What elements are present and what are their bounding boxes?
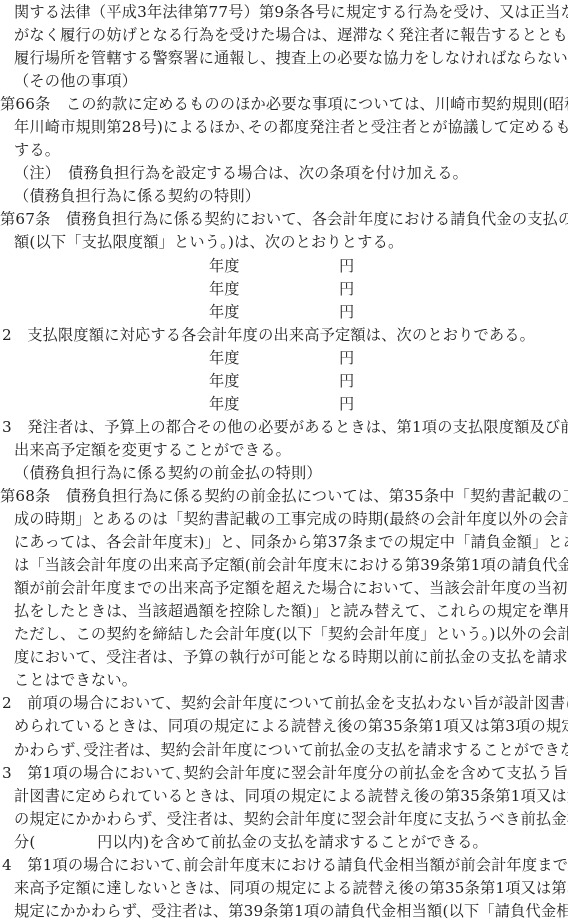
article-68: 第68条 債務負担行為に係る契約の前金払については、第35条中「契約書記載の工事…: [0, 485, 568, 508]
text-line: 払をしたときは、当該超過額を控除した額)」と読み替えて、これらの規定を準用する。: [0, 600, 568, 623]
yen-label: 円: [339, 370, 354, 393]
contract-document: 関する法律（平成3年法律第77号）第9条各号に規定する行為を受け、又は正当な理由…: [0, 0, 568, 921]
article-66: 第66条 この約款に定めるもののほか必要な事項については、川崎市契約規則(昭和3…: [0, 93, 568, 116]
yen-label: 円: [339, 393, 354, 416]
text-line: 履行場所を管轄する警察署に通報し、捜査上の必要な協力をしなければならない。: [0, 47, 568, 70]
text-line: ことはできない。: [0, 669, 568, 692]
amount-row: 年度 円: [0, 301, 568, 324]
text-line: 額が前会計年度までの出来高予定額を超えた場合において、当該会計年度の当初に内: [0, 577, 568, 600]
text-line: 成の時期」とあるのは「契約書記載の工事完成の時期(最終の会計年度以外の会計年度: [0, 508, 568, 531]
text-line: は「当該会計年度の出来高予定額(前会計年度末における第39条第1項の請負代金相当: [0, 554, 568, 577]
text-line: 度において、受注者は、予算の執行が可能となる時期以前に前払金の支払を請求する: [0, 646, 568, 669]
fiscal-year-label: 年度: [209, 347, 339, 370]
fiscal-year-label: 年度: [209, 255, 339, 278]
article-67: 第67条 債務負担行為に係る契約において、各会計年度における請負代金の支払の限度: [0, 208, 568, 231]
text-line: 年川崎市規則第28号)によるほか､その都度発注者と受注者とが協議して定めるものと: [0, 116, 568, 139]
text-line: ただし、この契約を締結した会計年度(以下「契約会計年度」という。)以外の会計年: [0, 623, 568, 646]
text-line: 関する法律（平成3年法律第77号）第9条各号に規定する行為を受け、又は正当な理由: [0, 1, 568, 24]
amount-row: 年度 円: [0, 370, 568, 393]
text-line: 規定にかかわらず、受注者は、第39条第1項の請負代金相当額(以下「請負代金相当額…: [0, 900, 568, 921]
yen-label: 円: [339, 255, 354, 278]
text-line: められているときは、同項の規定による読替え後の第35条第1項又は第3項の規定にか: [0, 715, 568, 738]
fiscal-year-label: 年度: [209, 278, 339, 301]
section-heading: （債務負担行為に係る契約の特則）: [0, 185, 568, 208]
text-line: かわらず､受注者は、契約会計年度について前払金の支払を請求することができない。: [0, 739, 568, 762]
text-line: する。: [0, 139, 568, 162]
paragraph-4: 4 第1項の場合において､前会計年度末における請負代金相当額が前会計年度までの出: [0, 854, 568, 877]
amount-row: 年度 円: [0, 255, 568, 278]
text-line: 額(以下「支払限度額」という。)は、次のとおりとする。: [0, 231, 568, 254]
yen-label: 円: [339, 347, 354, 370]
yen-label: 円: [339, 278, 354, 301]
payment-limit-table: 年度 円 年度 円 年度 円: [0, 255, 568, 324]
text-line: の規定にかかわらず、受注者は、契約会計年度に翌会計年度に支払うべき前払金相当: [0, 808, 568, 831]
fiscal-year-label: 年度: [209, 301, 339, 324]
section-heading: （債務負担行為に係る契約の前金払の特則）: [0, 462, 568, 485]
paragraph-3: 3 発注者は、予算上の都合その他の必要があるときは、第1項の支払限度額及び前項の: [0, 416, 568, 439]
text-line: 来高予定額に達しないときは、同項の規定による読替え後の第35条第1項又は第3項の: [0, 877, 568, 900]
paragraph-2: 2 前項の場合において、契約会計年度について前払金を支払わない旨が設計図書に定: [0, 692, 568, 715]
amount-row: 年度 円: [0, 347, 568, 370]
text-line: がなく履行の妨げとなる行為を受けた場合は、遅滞なく発注者に報告するとともに、: [0, 24, 568, 47]
progress-amount-table: 年度 円 年度 円 年度 円: [0, 347, 568, 416]
fiscal-year-label: 年度: [209, 370, 339, 393]
text-line: 計図書に定められているときは、同項の規定による読替え後の第35条第1項又は第3項: [0, 785, 568, 808]
fiscal-year-label: 年度: [209, 393, 339, 416]
note-line: （注） 債務負担行為を設定する場合は、次の条項を付け加える。: [0, 162, 568, 185]
section-heading: （その他の事項）: [0, 70, 568, 93]
yen-label: 円: [339, 301, 354, 324]
amount-row: 年度 円: [0, 278, 568, 301]
text-line: 分( 円以内)を含めて前払金の支払を請求することができる。: [0, 831, 568, 854]
text-line: 出来高予定額を変更することができる。: [0, 439, 568, 462]
paragraph-2: 2 支払限度額に対応する各会計年度の出来高予定額は、次のとおりである。: [0, 324, 568, 347]
text-line: にあっては、各会計年度末)」と、同条から第37条までの規定中「請負金額」とあるの: [0, 531, 568, 554]
paragraph-3: 3 第1項の場合において､契約会計年度に翌会計年度分の前払金を含めて支払う旨が設: [0, 762, 568, 785]
amount-row: 年度 円: [0, 393, 568, 416]
